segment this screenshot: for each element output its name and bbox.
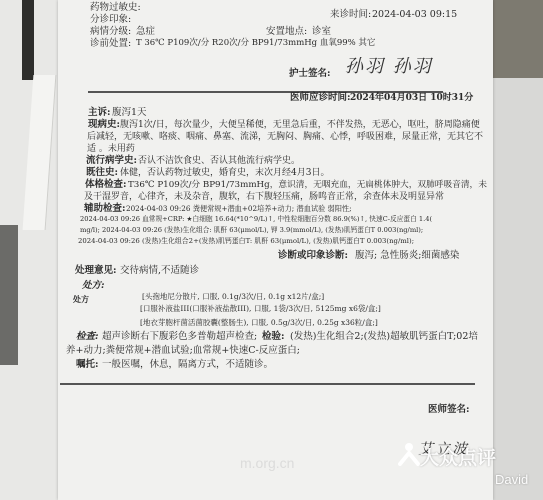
background-dark-strip: [22, 0, 34, 80]
present-illness-line-2: 后减轻，无咳嗽、咯痰、咽痛、鼻塞、流涕，无胸闷、胸痛、心悸，呼吸困难，尿量正常，…: [87, 131, 483, 143]
present-illness-label: 现病史:: [88, 119, 120, 131]
auxiliary-exam-line-1: 2024-04-03 09:26 粪便常规+潜血+02培养+动力; 潜血试验 弱…: [126, 203, 352, 214]
diagnosis-label: 诊断或印象诊断:: [278, 250, 348, 262]
epidemiology-value: 否认不洁饮食史、否认其他流行病学史。: [138, 155, 300, 167]
lab-label: 检验:: [262, 331, 285, 343]
faint-watermark-url: m.org.cn: [240, 455, 294, 471]
impression-label: 分诊印象:: [90, 14, 131, 26]
chief-complaint: 腹泻1天: [112, 107, 147, 119]
tests-label: 检查:: [76, 331, 99, 343]
present-illness-line-1: 腹泻1次/日，每次量少，大便呈稀便，无里急后重，不伴发热，无恶心，呕吐，脐周隐痛…: [120, 119, 480, 131]
allergy-label: 药物过敏史:: [90, 2, 141, 14]
tests-line-2: (发热)生化组合2;(发热)超敏肌钙蛋白T;02培: [290, 331, 478, 343]
tests-line-3: 养+动力;粪便常规+潜血试验;血常规+快速C-反应蛋白;: [66, 345, 300, 357]
physical-exam-line-2: 及干湿罗音，心律齐，未及杂音，腹软，右下腹轻压痛，肠鸣音正常，余查体未及明显异常: [84, 191, 444, 203]
nurse-sign-label: 护士签名:: [289, 68, 331, 80]
auxiliary-exam-line-2: 2024-04-03 09:26 血常规+CRP: ★白细胞 16.64(*10…: [80, 214, 432, 225]
location-label: 安置地点:: [266, 26, 307, 38]
tests-line-1: 超声诊断右下腹彩色多普勒超声检查;: [102, 331, 257, 343]
advice-label: 嘱托:: [76, 359, 99, 371]
doctor-time-value: 2024年04月03日 10时31分: [350, 92, 473, 104]
pre-treatment-label: 诊前处置:: [90, 38, 131, 50]
auxiliary-exam-line-3: mg/l); 2024-04-03 09:26 (发热)生化组合: 肌酐 63(…: [80, 225, 423, 236]
watermark-username: David: [495, 472, 528, 487]
divider-bottom: [60, 383, 475, 385]
prescription-label: 处方: [73, 294, 89, 305]
arrival-time-label: 来诊时间:: [330, 9, 371, 21]
doctor-sign-label: 医师签名:: [428, 404, 470, 416]
doctor-time-label: 医师应诊时间:: [290, 92, 351, 104]
auxiliary-exam-line-4: 2024-04-03 09:26 (发热)生化组合2+(发热)肌钙蛋白T: 肌酐…: [78, 236, 414, 247]
background-perforated-metal: [0, 225, 18, 365]
location-value: 诊室: [312, 26, 331, 38]
physical-exam-label: 体格检查:: [85, 179, 127, 191]
epidemiology-label: 流行病学史:: [86, 155, 137, 167]
prescription-item: [地衣芽胞杆菌活菌胶囊(整肠生), 口服, 0.5g/3次/日, 0.25g x…: [140, 317, 378, 328]
diagnosis-value: 腹泻; 急性肠炎;细菌感染: [355, 250, 459, 262]
arrival-time-value: 2024-04-03 09:15: [372, 9, 457, 21]
advice-value: 一般医嘱，休息，隔离方式，不适随诊。: [102, 359, 273, 371]
nurse-signature: 孙羽 孙羽: [345, 52, 433, 78]
pre-treatment-value: T 36℃ P109次/分 R20次/分 BP91/73mmHg 血氧99% 其…: [136, 38, 375, 49]
past-history-label: 既往史:: [86, 167, 118, 179]
watermark-brand: 大众点评: [420, 443, 496, 470]
severity-label: 病情分级:: [90, 26, 131, 38]
severity-value: 急症: [136, 26, 155, 38]
prescription-item: [口服补液盐III(口服补液盐散III), 口服, 1袋/3次/日, 5125m…: [140, 303, 381, 314]
chief-complaint-label: 主诉:: [88, 107, 111, 119]
prescription-header: 处方:: [82, 280, 105, 292]
dianping-logo-icon: [398, 442, 420, 466]
physical-exam-line-1: T36℃ P109次/分 BP91/73mmHg，意识清，无咽充血，无扁桃体肿大…: [128, 179, 487, 191]
disposition-value: 交待病情,不适随诊: [120, 265, 199, 277]
prescription-item: [头孢地尼分散片, 口服, 0.1g/3次/日, 0.1g x12片/盒;]: [142, 291, 324, 302]
disposition-label: 处理意见:: [75, 265, 117, 277]
past-history-value: 体健，否认药物过敏史，婚育史，末次月经4月3日。: [120, 167, 329, 179]
present-illness-line-3: 适 。未用药: [87, 143, 135, 155]
